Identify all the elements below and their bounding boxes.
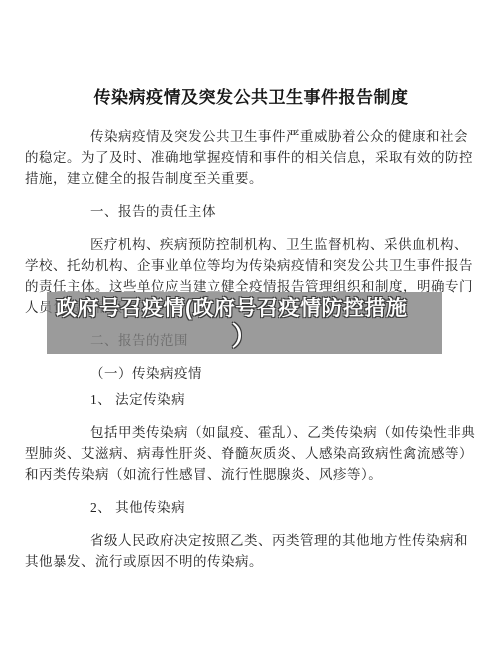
subsection-heading-epidemic: （一）传染病疫情: [25, 363, 477, 384]
item-heading-other-diseases: 2、 其他传染病: [25, 497, 477, 518]
document-title: 传染病疫情及突发公共卫生事件报告制度: [25, 86, 477, 110]
intro-paragraph: 传染病疫情及突发公共卫生事件严重威胁着公众的健康和社会的稳定。为了及时、准确地掌…: [25, 126, 477, 189]
document-page: 传染病疫情及突发公共卫生事件报告制度 传染病疫情及突发公共卫生事件严重威胁着公众…: [0, 0, 500, 647]
other-diseases-paragraph: 省级人民政府决定按照乙类、丙类管理的其他地方性传染病和其他暴发、流行或原因不明的…: [25, 530, 477, 572]
item-heading-statutory-diseases: 1、 法定传染病: [25, 389, 477, 410]
statutory-diseases-paragraph: 包括甲类传染病（如鼠疫、霍乱）、乙类传染病（如传染性非典型肺炎、艾滋病、病毒性肝…: [25, 422, 477, 485]
section-heading-responsibility: 一、报告的责任主体: [25, 201, 477, 222]
watermark-title-line2: ）: [47, 321, 442, 351]
watermark-banner: 政府号召疫情(政府号召疫情防控措施 ）: [47, 292, 442, 354]
watermark-title-line1: 政府号召疫情(政府号召疫情防控措施: [47, 294, 442, 323]
